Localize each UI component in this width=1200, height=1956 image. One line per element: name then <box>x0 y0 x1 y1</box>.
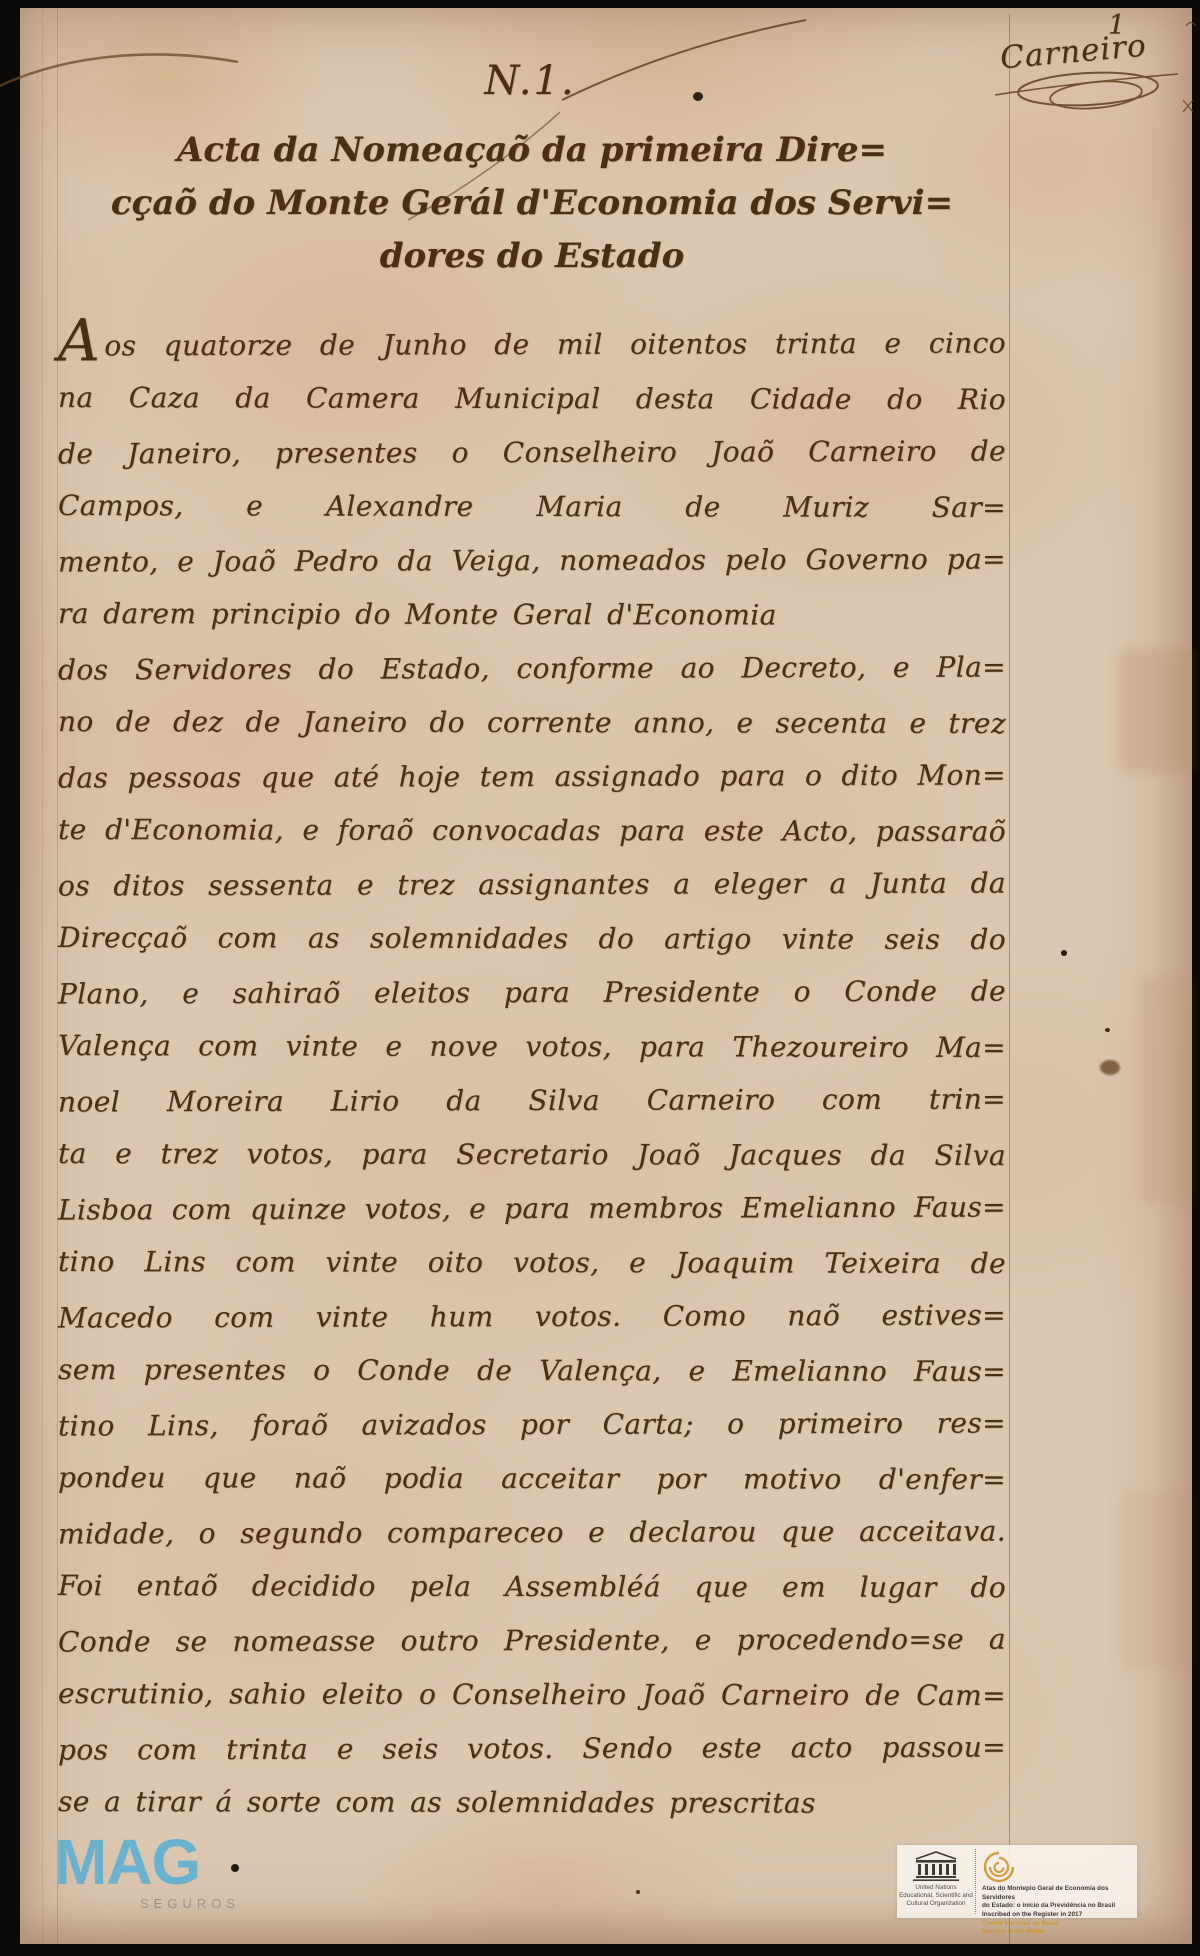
manuscript-line: escrutinio, sahio eleito o Conselheiro J… <box>58 1667 1006 1723</box>
right-margin-line <box>1009 14 1010 1944</box>
manuscript-body: Aos quatorze de Junho de mil oitentos tr… <box>58 318 1006 1830</box>
manuscript-line: Valença com vinte e nove votos, para The… <box>58 1019 1006 1075</box>
manuscript-line: tino Lins com vinte oito votos, e Joaqui… <box>58 1235 1006 1291</box>
manuscript-line-text: os quatorze de Junho de mil oitentos tri… <box>104 327 1006 363</box>
manuscript-line: das pessoas que até hoje tem assignado p… <box>58 749 1006 806</box>
manuscript-line: Macedo com vinte hum votos. Como naõ est… <box>58 1289 1006 1346</box>
manuscript-line: se a tirar á sorte com as solemnidades p… <box>58 1775 1006 1831</box>
manuscript-line: Direcçaõ com as solemnidades do artigo v… <box>58 911 1006 967</box>
unesco-left-column: United Nations Educational, Scientific a… <box>897 1845 975 1918</box>
mag-logo-subtext: SEGUROS <box>140 1896 240 1911</box>
manuscript-line: noel Moreira Lirio da Silva Carneiro com… <box>58 1073 1006 1130</box>
manuscript-line: Foi entaõ decidido pela Assembléá que em… <box>58 1559 1006 1615</box>
badge-title-line-1: Atas do Montepio Geral de Economia dos S… <box>982 1885 1133 1902</box>
manuscript-line: pos com trinta e seis votos. Sendo este … <box>58 1721 1006 1778</box>
manuscript-line: ra darem principio do Monte Geral d'Econ… <box>58 587 1006 643</box>
unesco-right-column: Atas do Montepio Geral de Economia dos S… <box>976 1845 1137 1918</box>
title-line-1: Acta da Nomeaçaõ da primeira Dire= <box>58 124 1006 177</box>
document-title: Acta da Nomeaçaõ da primeira Dire= cçaõ … <box>58 124 1006 283</box>
manuscript-line: tino Lins, foraõ avizados por Carta; o p… <box>58 1397 1006 1454</box>
manuscript-line: na Caza da Camera Municipal desta Cidade… <box>58 371 1006 427</box>
paper-stain <box>1138 975 1192 1205</box>
manuscript-line: os ditos sessenta e trez assignantes a e… <box>58 857 1006 914</box>
manuscript-line: Plano, e sahiraõ eleitos para Presidente… <box>58 965 1006 1022</box>
unesco-org-name: United Nations Educational, Scientific a… <box>899 1884 973 1909</box>
unesco-badge: United Nations Educational, Scientific a… <box>897 1845 1137 1918</box>
title-line-3: dores do Estado <box>58 230 1006 283</box>
scanned-manuscript-page: 1 Carneiro N.1. Acta da Nomeaçaõ da prim… <box>0 0 1200 1956</box>
manuscript-line: Aos quatorze de Junho de mil oitentos tr… <box>58 317 1006 374</box>
manuscript-line: ta e trez votos, para Secretario Joaõ Ja… <box>58 1127 1006 1183</box>
mag-logo-text: MAG <box>54 1830 240 1894</box>
manuscript-line: no de dez de Janeiro do corrente anno, e… <box>58 695 1006 751</box>
unesco-org-line-3: Cultural Organization <box>899 1900 973 1908</box>
ink-dot <box>1105 1028 1110 1032</box>
paper-stain <box>1120 1490 1190 1670</box>
title-line-2: cçaõ do Monte Gerál d'Economia dos Servi… <box>58 177 1006 230</box>
left-crease-line <box>42 8 43 1944</box>
manuscript-line: te d'Economia, e foraõ convocadas para e… <box>58 803 1006 859</box>
manuscript-line: Conde se nomeasse outro Presidente, e pr… <box>58 1613 1006 1670</box>
manuscript-line: Lisboa com quinze votos, e para membros … <box>58 1181 1006 1238</box>
ink-dot <box>1100 1060 1120 1075</box>
manuscript-line: Campos, e Alexandre Maria de Muriz Sar= <box>58 479 1006 535</box>
unesco-temple-icon <box>913 1851 959 1881</box>
memory-world-icon <box>982 1850 1016 1884</box>
unesco-org-line-1: United Nations <box>899 1884 973 1892</box>
paper-stain <box>1118 648 1192 773</box>
manuscript-line: mento, e Joaõ Pedro da Veiga, nomeados p… <box>58 533 1006 590</box>
badge-orange-line-2: Memory of the World <box>982 1928 1133 1936</box>
unesco-org-line-2: Educational, Scientific and <box>899 1892 973 1900</box>
badge-title-line-2: do Estado: o início da Previdência no Br… <box>982 1902 1133 1911</box>
manuscript-line: dos Servidores do Estado, conforme ao De… <box>58 641 1006 698</box>
manuscript-line: sem presentes o Conde de Valença, e Emel… <box>58 1343 1006 1399</box>
mag-logo: MAG SEGUROS <box>54 1830 240 1911</box>
manuscript-line: midade, o segundo compareceo e declarou … <box>58 1505 1006 1562</box>
doc-number: N.1. <box>330 58 730 104</box>
ink-dot <box>636 1890 640 1894</box>
ink-dot <box>1061 950 1067 956</box>
manuscript-line: de Janeiro, presentes o Conselheiro Joaõ… <box>58 425 1006 482</box>
badge-orange-line-1: Comitê Nacional do Brasil <box>982 1920 1133 1928</box>
manuscript-line: pondeu que naõ podia acceitar por motivo… <box>58 1451 1006 1507</box>
badge-title-line-3: Inscribed on the Register in 2017 <box>982 1911 1133 1920</box>
